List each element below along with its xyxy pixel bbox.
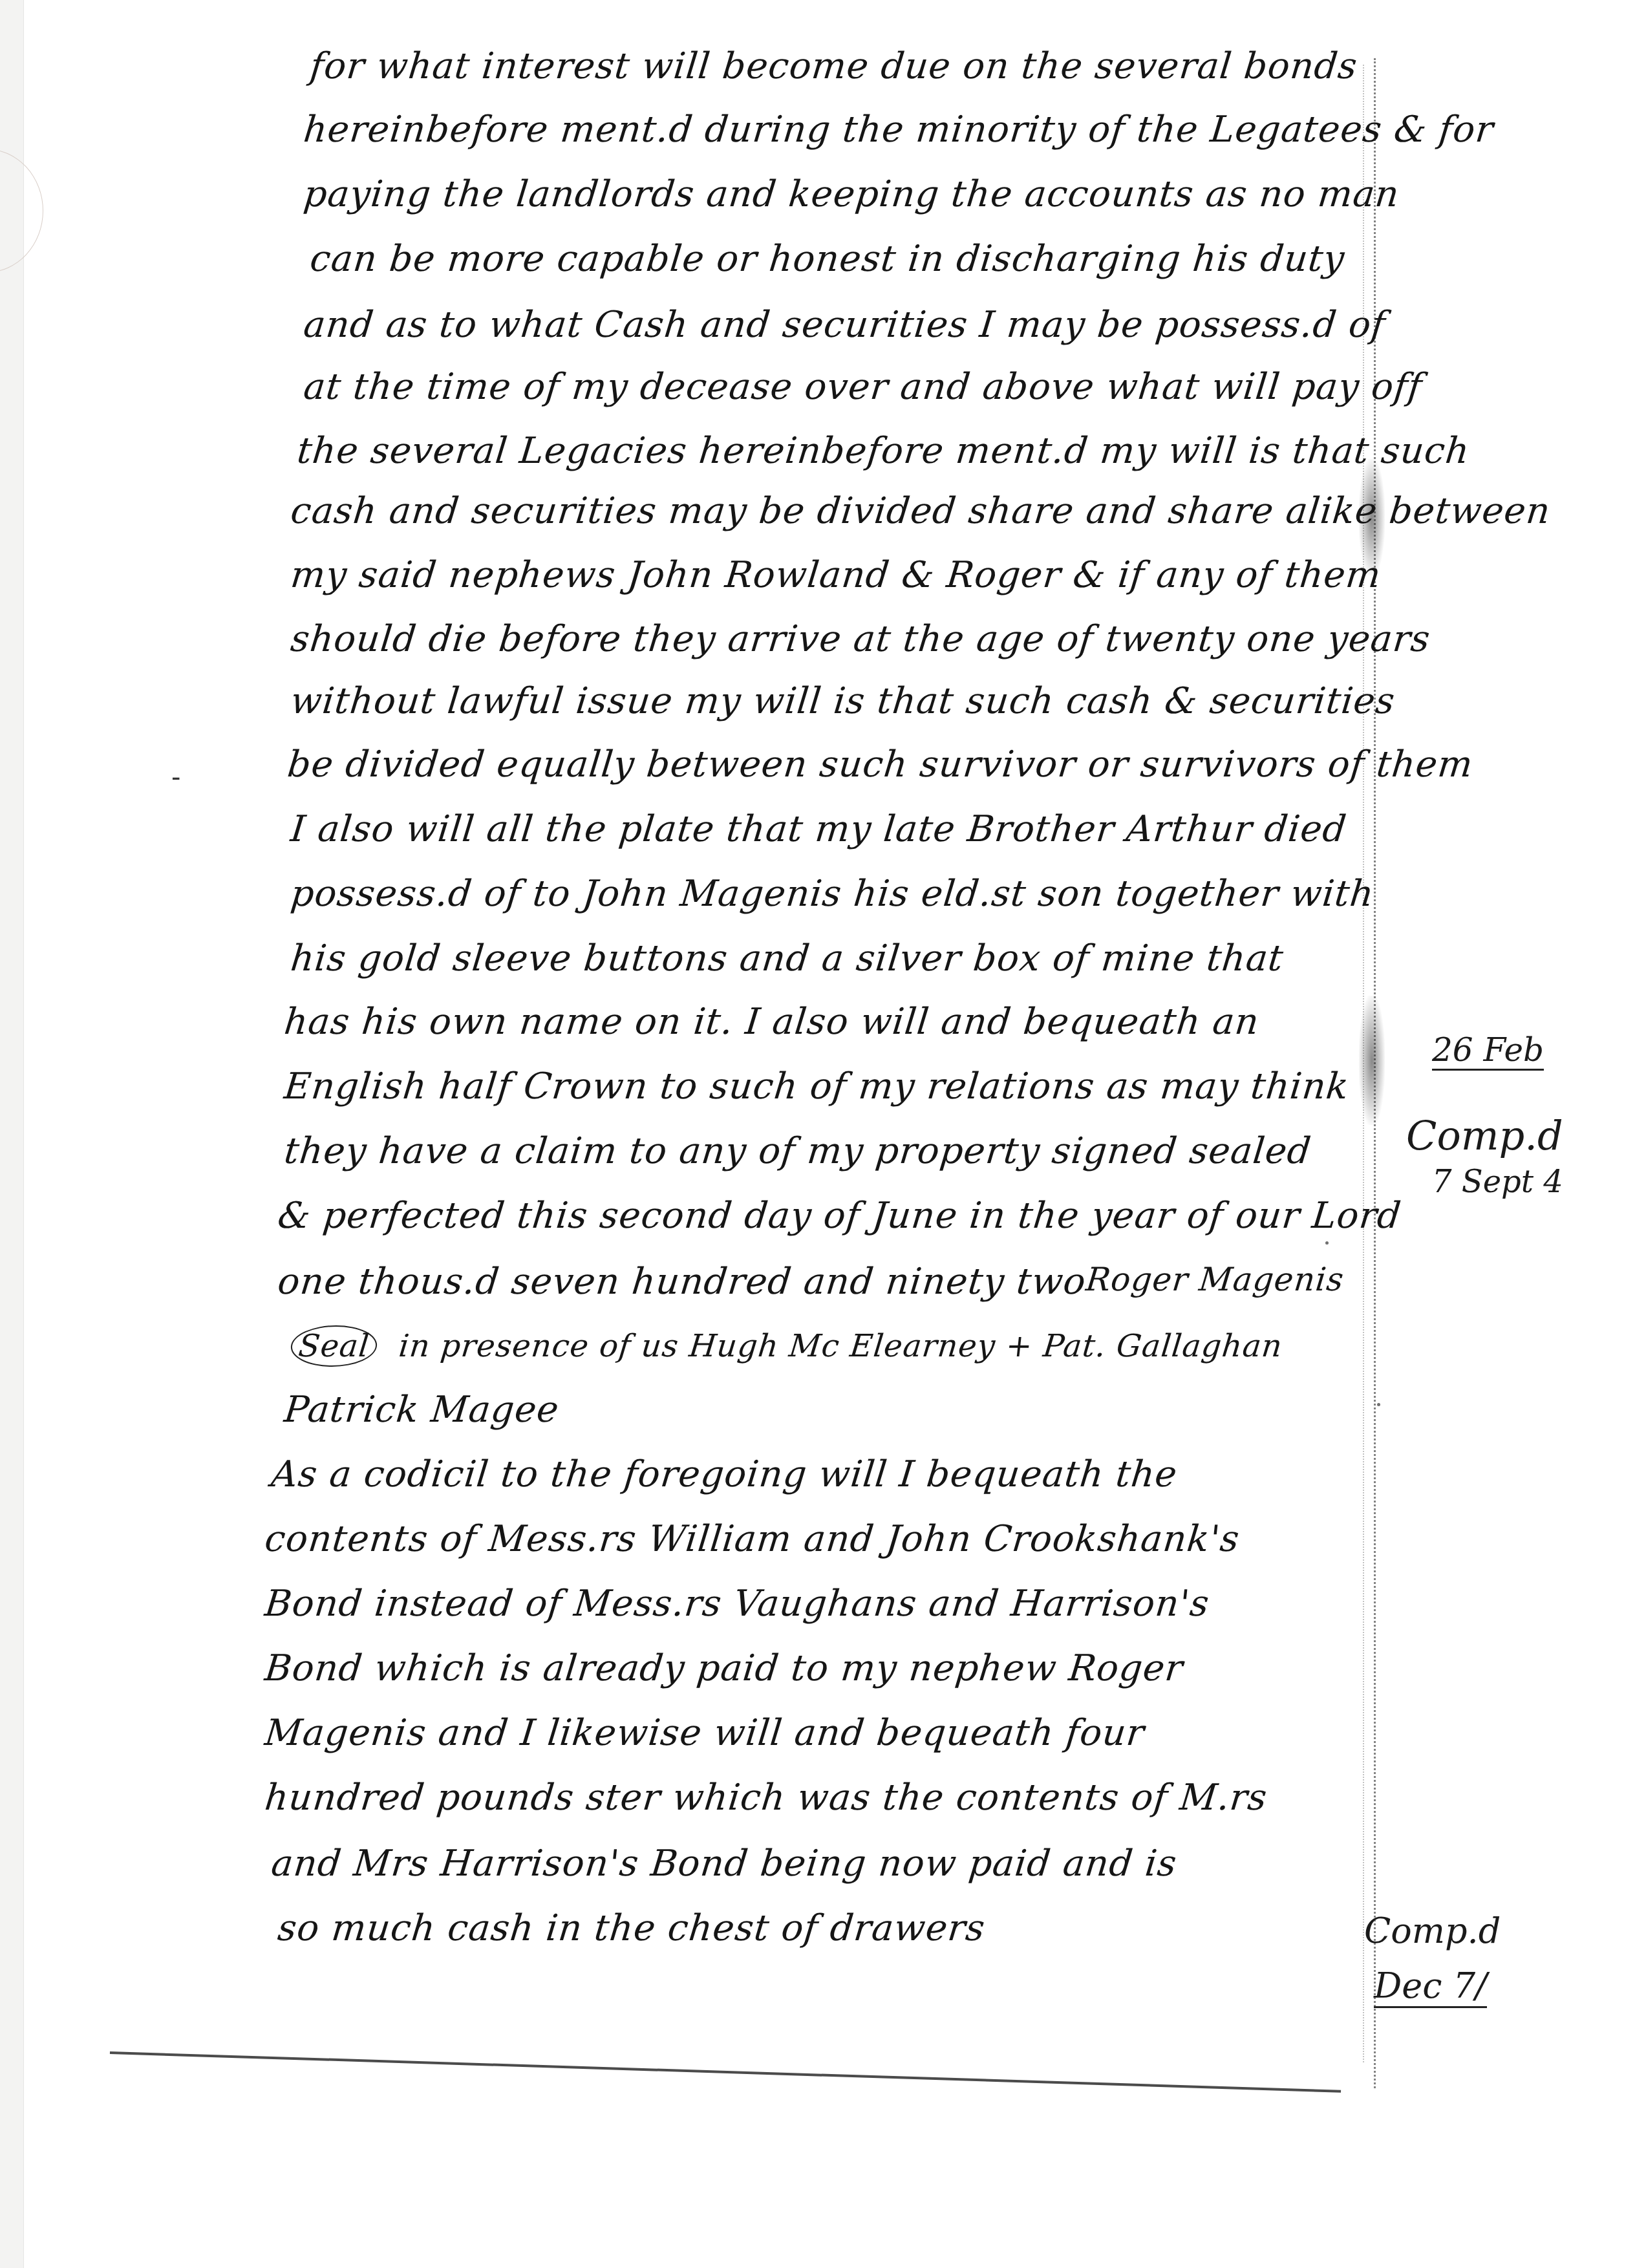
- text-line: has his own name on it. I also will and …: [283, 1001, 1261, 1043]
- text-line: my said nephews John Rowland & Roger & i…: [289, 554, 1384, 596]
- codicil-line: Bond instead of Mess.rs Vaughans and Har…: [263, 1583, 1212, 1625]
- text-line: possess.d of to John Magenis his eld.st …: [289, 873, 1376, 915]
- margin-note-date: 7 Sept 4: [1432, 1164, 1563, 1200]
- text-line: should die before they arrive at the age…: [289, 618, 1433, 660]
- ink-smudge: [1359, 996, 1385, 1125]
- speck: [1325, 1241, 1329, 1245]
- text-line: for what interest will become due on the…: [308, 45, 1360, 87]
- text-line: cash and securities may be divided share…: [289, 490, 1553, 532]
- codicil-line: Bond which is already paid to my nephew …: [263, 1647, 1186, 1689]
- seal-and-witnesses: Sealin presence of us Hugh Mc Elearney +…: [289, 1325, 1285, 1367]
- text-line: paying the landlords and keeping the acc…: [302, 173, 1402, 215]
- margin-note-comp: Comp.d: [1364, 1910, 1501, 1951]
- margin-note-date: Dec 7/: [1374, 1965, 1487, 2008]
- witness-signature: Patrick Magee: [283, 1389, 562, 1431]
- margin-tick: -: [171, 763, 180, 793]
- text-line: without lawful issue my will is that suc…: [289, 680, 1398, 722]
- codicil-line: Magenis and I likewise will and bequeath…: [263, 1712, 1147, 1754]
- text-line: I also will all the plate that my late B…: [289, 808, 1349, 850]
- text-line: hereinbefore ment.d during the minority …: [302, 109, 1496, 151]
- margin-note-comp: Comp.d: [1406, 1112, 1563, 1159]
- text-line: and as to what Cash and securities I may…: [302, 304, 1388, 346]
- text-line: his gold sleeve buttons and a silver box…: [289, 937, 1286, 979]
- text-line: the several Legacies hereinbefore ment.d…: [295, 430, 1472, 472]
- text-line: at the time of my decease over and above…: [302, 366, 1425, 408]
- text-line: can be more capable or honest in dischar…: [308, 238, 1347, 280]
- speck: [1377, 1403, 1380, 1406]
- codicil-line: As a codicil to the foregoing will I beq…: [270, 1453, 1180, 1495]
- signature: Roger Magenis: [1084, 1261, 1346, 1298]
- text-line: one thous.d seven hundred and ninety two: [276, 1261, 1089, 1303]
- text-line: & perfected this second day of June in t…: [276, 1195, 1404, 1237]
- codicil-line: hundred pounds ster which was the conten…: [263, 1777, 1270, 1819]
- bottom-edge-line: [110, 2051, 1341, 2093]
- text-line: they have a claim to any of my property …: [283, 1130, 1314, 1172]
- text-line: English half Crown to such of my relatio…: [283, 1065, 1351, 1107]
- text-line: be divided equally between such survivor…: [286, 744, 1475, 786]
- witness-line: in presence of us Hugh Mc Elearney + Pat…: [397, 1328, 1284, 1364]
- codicil-line: so much cash in the chest of drawers: [276, 1907, 988, 1949]
- codicil-line: contents of Mess.rs William and John Cro…: [263, 1518, 1242, 1560]
- margin-note-date: 26 Feb: [1432, 1031, 1544, 1071]
- seal-mark: Seal: [289, 1325, 379, 1367]
- codicil-line: and Mrs Harrison's Bond being now paid a…: [270, 1843, 1179, 1885]
- document-page: for what interest will become due on the…: [6, 0, 1384, 2127]
